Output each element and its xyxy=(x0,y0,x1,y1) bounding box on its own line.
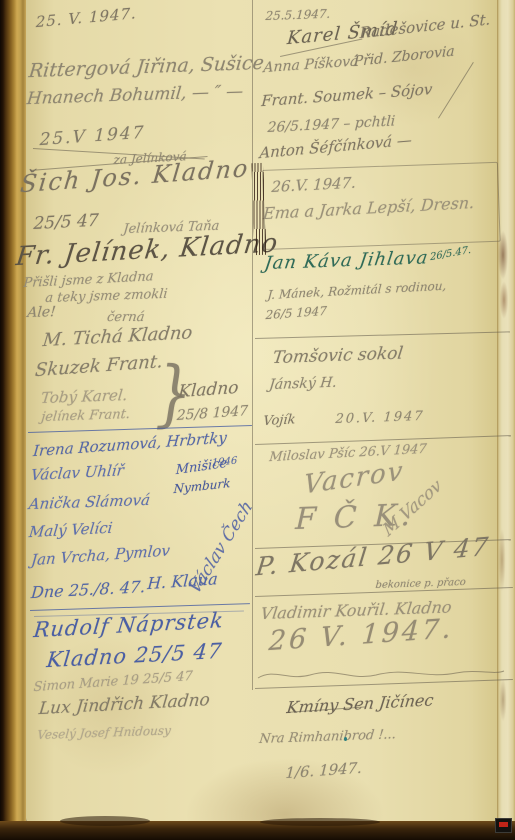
date-entry: 20.V. 1947 xyxy=(335,409,425,427)
signature-entry: jelínek Frant. xyxy=(40,407,130,425)
signature-entry: Kladno xyxy=(178,378,240,402)
guestbook-scan: 25. V. 1947. Rittergová Jiřina, Sušice H… xyxy=(0,0,515,840)
signature-entry: Tobý Karel. xyxy=(40,386,128,407)
color-calibration-marker xyxy=(495,818,512,833)
column-divider-line xyxy=(252,0,253,690)
note-entry: černá xyxy=(106,310,145,325)
signature-entry: Vojík xyxy=(263,412,296,429)
signature-entry: Jánský H. xyxy=(268,375,337,393)
date-entry: 25/5 47 xyxy=(33,211,99,234)
red-chip xyxy=(499,822,508,827)
ink-dot xyxy=(344,737,347,741)
page-edge xyxy=(497,0,515,840)
edge-stain xyxy=(260,818,380,826)
note-entry: Ale! xyxy=(27,304,57,321)
edge-stain xyxy=(60,816,150,826)
date-entry: 25.5.1947. xyxy=(265,7,331,23)
book-spine xyxy=(0,0,26,840)
